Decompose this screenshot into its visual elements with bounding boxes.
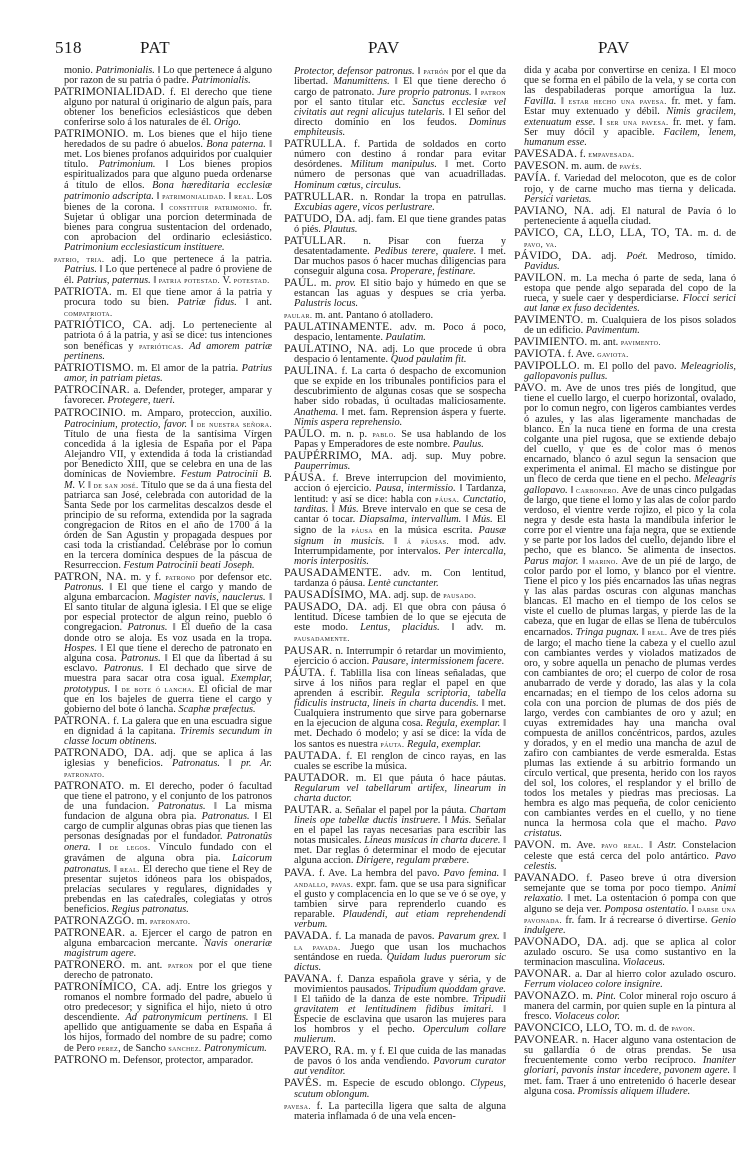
- cross-reference: DE SAN JOSÉ.: [93, 480, 138, 490]
- headword: PAUTAR.: [284, 803, 332, 816]
- dictionary-entry: PAUTADA. f. El renglon de cinco rayas, e…: [284, 751, 506, 772]
- latin-equivalent: Patrimonium ecclesiasticum instituere.: [64, 242, 225, 253]
- dictionary-entry: PATROCINAR. a. Defender, proteger, ampar…: [54, 385, 272, 406]
- headword: PATRONEAR.: [54, 926, 125, 939]
- center-guide-word: PAV: [368, 38, 400, 58]
- cross-reference: PAVON.: [671, 1023, 695, 1033]
- right-guide-word: PAV: [598, 38, 630, 58]
- column-middle: Protector, defensor patronus. ‖ PATRÓN p…: [284, 66, 506, 1123]
- dictionary-entry: PAUTAR. a. Señalar el papel por la páuta…: [284, 805, 506, 866]
- dictionary-entry: PATRIOTA. m. El que tiene amor á la patr…: [54, 287, 272, 319]
- headword: PAUSAR.: [284, 644, 332, 657]
- latin-equivalent: Patrimonialis.: [192, 75, 251, 86]
- dictionary-entry: PATRIMONIALIDAD. f. El derecho que tiene…: [54, 87, 272, 128]
- latin-equivalent: Regula, exemplar.: [407, 739, 481, 750]
- latin-equivalent: Dirigere, regulam præbere.: [356, 855, 469, 866]
- definition-text: en la música escrita.: [373, 525, 479, 536]
- headword: PAVONAR.: [514, 967, 571, 980]
- cross-reference: GAVIOTA.: [597, 349, 628, 359]
- headword: PATRIMONIO.: [54, 127, 128, 140]
- definition-text: m. aum. de: [569, 161, 620, 172]
- cross-reference: PAVIMENTO.: [621, 337, 661, 347]
- left-guide-word: PAT: [140, 38, 170, 58]
- dictionary-entry: PAVON. m. Ave. PAVO REAL. ‖ Astr. Conste…: [514, 840, 736, 871]
- dictionary-entry: PAVONAR. a. Dar al hierro color azulado …: [514, 969, 736, 990]
- dictionary-entry: PAVONADO, DA. adj. que se aplica al colo…: [514, 937, 736, 968]
- headword: PATULLAR.: [284, 234, 346, 247]
- headword: PATRONERO.: [54, 958, 125, 971]
- headword: PAVONCICO, LLO, TO.: [514, 1021, 633, 1034]
- dictionary-entry: PAULATINAMENTE. adv. m. Poco á poco, des…: [284, 322, 506, 343]
- cross-reference: PÁUSA: [351, 525, 373, 535]
- headword: PATRONADO, DA.: [54, 746, 154, 759]
- latin-equivalent: Palustris locus.: [294, 298, 358, 309]
- dictionary-entry: PATRONO m. Defensor, protector, amparado…: [54, 1055, 272, 1066]
- headword: PAVESADA.: [514, 147, 577, 160]
- headword: PAULATINO, NA.: [284, 342, 377, 355]
- cross-reference: PEREZ: [98, 1043, 118, 1053]
- dictionary-entry: PATRON, NA. m. y f. PATRONO por defensor…: [54, 572, 272, 715]
- cross-reference: PAVÉS.: [620, 161, 642, 171]
- cross-reference: PATRONO: [165, 572, 195, 582]
- definition-text: ‖: [151, 275, 159, 286]
- latin-equivalent: Pausare, intermissionem facere.: [372, 656, 505, 667]
- headword: PATRULLAR.: [284, 190, 354, 203]
- headword: PATRONAZGO.: [54, 914, 134, 927]
- latin-equivalent: Diapsalma, intervallum.: [359, 514, 461, 525]
- cross-reference: PAVO, VA.: [524, 239, 557, 249]
- headword: PAULATINAMENTE.: [284, 320, 392, 333]
- cross-reference: PAUSADO.: [443, 590, 476, 600]
- dictionary-entry: PAVERO, RA. m. y f. El que cuida de las …: [284, 1046, 506, 1077]
- latin-equivalent: Festum Patrocinii beati Joseph.: [123, 560, 254, 571]
- definition-text: dida y acaba por convertirse en ceniza. …: [524, 65, 736, 96]
- headword: PAVIMIENTO.: [514, 335, 587, 348]
- cross-reference: PATRONATO.: [64, 769, 105, 779]
- headword: PATRONA.: [54, 714, 110, 727]
- latin-equivalent: Pavo femina.: [444, 868, 500, 879]
- dictionary-entry: PAVÍA. f. Variedad del melocoton, que es…: [514, 173, 736, 204]
- latin-equivalent: Scaphæ præfectus.: [178, 704, 255, 715]
- column-right: dida y acaba por convertirse en ceniza. …: [514, 66, 736, 1098]
- dictionary-entry: PAVILON. m. La mecha ó parte de seda, la…: [514, 273, 736, 314]
- cross-reference: LA PAVADA.: [294, 942, 341, 952]
- dictionary-entry: PAÚL. m. prov. El sitio bajo y húmedo en…: [284, 278, 506, 309]
- headword: PAUTADA.: [284, 749, 341, 762]
- definition-text: m. d. de: [693, 228, 736, 239]
- headword: PAÚL.: [284, 276, 317, 289]
- headword: PAVIMENTO.: [514, 313, 583, 326]
- latin-equivalent: Patrius.: [64, 264, 97, 275]
- dictionary-entry: PAVANA. f. Danza española grave y séria,…: [284, 974, 506, 1045]
- headword: PAUPÉRRIMO, MA.: [284, 449, 393, 462]
- definition-text: m. Amparo, proteccion, auxilio.: [126, 408, 272, 419]
- dictionary-entry: PAVANADO. f. Paseo breve ú otra diversio…: [514, 873, 736, 936]
- cross-reference: PAVO REAL.: [601, 840, 643, 850]
- cross-reference: MARINO.: [589, 556, 618, 566]
- entry-continuation: Protector, defensor patronus. ‖ PATRÓN p…: [284, 66, 506, 138]
- definition-text: , de Sancho: [118, 1043, 168, 1054]
- definition-text: f. La manada de pavos.: [332, 931, 438, 942]
- cross-reference: PÁUTA.: [380, 739, 404, 749]
- headword: PATRONÍMICO, CA.: [54, 980, 161, 993]
- cross-reference: COMPATRIOTA.: [64, 308, 113, 318]
- dictionary-entry: PAUTADOR. m. El que páuta ó hace páutas.…: [284, 773, 506, 804]
- dictionary-entry: PAULINA. f. La carta ó despacho de excom…: [284, 366, 506, 427]
- definition-text: Medroso, tímido.: [648, 251, 736, 262]
- headword: PÁVIDO, DA.: [514, 249, 592, 262]
- latin-equivalent: Mús.: [472, 514, 492, 525]
- dictionary-entry: PATUDO, DA. adj. fam. El que tiene grand…: [284, 214, 506, 235]
- headword: PATRIOTISMO.: [54, 361, 134, 374]
- running-header: 518 PAT PAV PAV: [0, 38, 750, 58]
- headword: PAVONADO, DA.: [514, 935, 607, 948]
- dictionary-entry: PATRIÓTICO, CA. adj. Lo perteneciente al…: [54, 320, 272, 362]
- dictionary-entry: PATRULLA. f. Partida de soldados en cort…: [284, 139, 506, 190]
- definition-text: m.: [134, 916, 150, 927]
- dictionary-entry: PAVO. m. Ave de unos tres piés de longit…: [514, 383, 736, 839]
- cross-reference: CARBONERO.: [576, 485, 619, 495]
- dictionary-entry: PATROCINIO. m. Amparo, proteccion, auxil…: [54, 408, 272, 572]
- latin-equivalent: Regularum vel tabellarum artifex, linear…: [294, 783, 506, 804]
- definition-text: adj. sup. de: [391, 590, 443, 601]
- dictionary-entry: PAVADA. f. La manada de pavos. Pavarum g…: [284, 931, 506, 973]
- headword: PAVONAZO.: [514, 989, 579, 1002]
- dictionary-entry: PAVIANO, NA. adj. El natural de Pavía ó …: [514, 206, 736, 227]
- cross-reference: PAULAR.: [284, 310, 312, 320]
- entry-continuation: monio. Patrimonialis. ‖ Lo que pertenece…: [54, 66, 272, 86]
- headword: PAVÍA.: [514, 171, 550, 184]
- latin-equivalent: Violaceus.: [623, 957, 665, 968]
- headword: PAVERO, RA.: [284, 1044, 354, 1057]
- headword: PATRIMONIALIDAD.: [54, 85, 165, 98]
- cross-reference: DE BOTE Ó LANCHA.: [121, 684, 194, 694]
- headword: PATRIÓTICO, CA.: [54, 318, 152, 331]
- definition-text: m. Defensor, protector, amparador.: [107, 1055, 253, 1066]
- definition-text: V.: [220, 275, 234, 286]
- latin-equivalent: Quod paulatim fit.: [391, 354, 467, 365]
- dictionary-entry: PATRIMONIO. m. Los bienes que el hijo ti…: [54, 129, 272, 253]
- cross-reference: SER UNA PAVESA.: [607, 117, 669, 127]
- headword: PAUSADO, DA.: [284, 600, 367, 613]
- dictionary-entry: PATRONEAR. a. Ejercer el cargo de patron…: [54, 928, 272, 959]
- cross-reference: POTESTAD.: [234, 275, 270, 285]
- headword: PAVONEAR.: [514, 1033, 578, 1046]
- latin-equivalent: Pavarum grex.: [438, 931, 500, 942]
- headword: PAUSADÍSIMO, MA.: [284, 588, 391, 601]
- dictionary-entry: PATULLAR. n. Pisar con fuerza y desatent…: [284, 236, 506, 277]
- latin-equivalent: Patronatus.: [172, 758, 220, 769]
- cross-reference: PATRIMONIALIDAD.: [162, 191, 226, 201]
- headword: PAVIPOLLO.: [514, 359, 580, 372]
- definition-text: m. ant.: [587, 337, 620, 348]
- headword: PAUTADOR.: [284, 771, 349, 784]
- definition-text: f. Variedad del melocoton, que es de col…: [524, 173, 736, 194]
- latin-equivalent: Paulatim.: [386, 332, 426, 343]
- dictionary-entry: PAULATINO, NA. adj. Lo que procede ú obr…: [284, 344, 506, 365]
- headword: PAULINA.: [284, 364, 338, 377]
- headword: PAVANADO.: [514, 871, 579, 884]
- cross-reference: PATRÓN: [423, 66, 448, 76]
- cross-reference: REAL.: [648, 627, 668, 637]
- headword: PAVILON.: [514, 271, 566, 284]
- dictionary-entry: PÁUTA. f. Tablilla lisa con líneas señal…: [284, 668, 506, 750]
- headword: PATROCINIO.: [54, 406, 126, 419]
- headword: PATUDO, DA.: [284, 212, 355, 225]
- cross-reference: PÁUSA.: [435, 494, 459, 504]
- definition-text: ‖: [500, 931, 506, 942]
- headword: PAVICO, CA, LLO, LLA, TO, TA.: [514, 226, 693, 239]
- headword: PATRON, NA.: [54, 570, 126, 583]
- headword: PAVADA.: [284, 929, 332, 942]
- definition-text: m. d. de: [633, 1023, 671, 1034]
- dictionary-entry: PATRONERO. m. ant. PATRON por el que tie…: [54, 960, 272, 981]
- headword: PATRONO: [54, 1053, 107, 1066]
- dictionary-entry: PATRIO, TRIA. adj. Lo que pertenece á la…: [54, 254, 272, 286]
- definition-text: ‖ ant.: [237, 297, 272, 308]
- definition-text: Título que se da á una fiesta del patria…: [64, 480, 272, 571]
- headword: PAVA.: [284, 866, 315, 879]
- cross-reference: SANCHEZ.: [168, 1043, 201, 1053]
- headword: PAVIANO, NA.: [514, 204, 594, 217]
- dictionary-entry: PATRIOTISMO. m. El amor de la patria. Pa…: [54, 363, 272, 384]
- cross-reference: PATRIO, TRIA.: [54, 254, 104, 264]
- headword: PAVANA.: [284, 972, 332, 985]
- definition-text: ‖ adv. m.: [440, 622, 506, 633]
- headword: PÁUTA.: [284, 666, 325, 679]
- headword: PAVÉS.: [284, 1076, 322, 1089]
- column-left: monio. Patrimonialis. ‖ Lo que pertenece…: [54, 66, 272, 1067]
- latin-equivalent: Properare, festinare.: [390, 266, 476, 277]
- dictionary-entry: PAÚLO. m. n. p. PABLO. Se usa hablando d…: [284, 429, 506, 450]
- cross-reference: EMPAVESADA.: [588, 149, 634, 159]
- dictionary-entry: PAVA. f. Ave. La hembra del pavo. Pavo f…: [284, 868, 506, 930]
- dictionary-entry: PAVONEAR. n. Hacer alguno vana ostentaci…: [514, 1035, 736, 1096]
- dictionary-entry: PAVICO, CA, LLO, LLA, TO, TA. m. d. de P…: [514, 228, 736, 250]
- latin-equivalent: Pavimentum.: [586, 325, 640, 336]
- definition-text: ‖: [499, 868, 506, 879]
- dictionary-entry: PAVIMENTO. m. Cualquiera de los pisos so…: [514, 315, 736, 336]
- latin-equivalent: Pausa, intermissio.: [375, 483, 455, 494]
- cross-reference: PATRIÓTICAS.: [139, 341, 184, 351]
- dictionary-entry: PAUPÉRRIMO, MA. adj. sup. Muy pobre. Pau…: [284, 451, 506, 472]
- dictionary-entry: PAVESA. f. La partecilla ligera que salt…: [284, 1101, 506, 1122]
- headword: PATRONATO.: [54, 779, 124, 792]
- latin-equivalent: Poét.: [626, 251, 647, 262]
- dictionary-entry: PAVONAZO. m. Pint. Color mineral rojo os…: [514, 991, 736, 1022]
- cross-reference: PAUSADAMENTE.: [294, 633, 350, 643]
- latin-equivalent: Origo.: [214, 117, 241, 128]
- definition-text: Ave de tres piés de largo; el macho tien…: [524, 627, 736, 829]
- latin-equivalent: Pomposa ostentatio.: [604, 904, 688, 915]
- dictionary-entry: PATRULLAR. n. Rondar la tropa en patrull…: [284, 192, 506, 213]
- definition-text: fr. fam. Ir á recrearse ó divertirse.: [562, 915, 711, 926]
- latin-equivalent: Patriæ fidus.: [178, 297, 237, 308]
- cross-reference: Á PÁUSAS.: [407, 536, 449, 546]
- cross-reference: PABLO.: [372, 429, 396, 439]
- cross-reference: PATRON: [481, 87, 506, 97]
- headword: PAUSADAMENTE.: [284, 566, 382, 579]
- cross-reference: CONSTITUIR PATRIMONIO.: [169, 202, 257, 212]
- dictionary-entry: PATRONA. f. La galera que en una escuadr…: [54, 716, 272, 747]
- definition-text: f. La partecilla ligera que salta de alg…: [294, 1101, 506, 1122]
- definition-text: adj.: [592, 251, 627, 262]
- cross-reference: REAL.: [234, 191, 254, 201]
- entry-continuation: dida y acaba por convertirse en ceniza. …: [514, 66, 736, 148]
- latin-equivalent: Paulus.: [453, 439, 484, 450]
- latin-equivalent: Manumittens.: [333, 76, 389, 87]
- definition-text: m. Ave de unos tres piés de longitud, qu…: [524, 383, 736, 484]
- definition-text: ‖: [154, 191, 162, 202]
- dictionary-entry: PATRONADO, DA. adj. que se aplica á las …: [54, 748, 272, 780]
- dictionary-entry: PAUSADAMENTE. adv. m. Con lentitud, tard…: [284, 568, 506, 589]
- headword: PATRULLA.: [284, 137, 346, 150]
- latin-equivalent: Lentus, placidus.: [360, 622, 440, 633]
- dictionary-entry: PAUSADO, DA. adj. El que obra con páusa …: [284, 602, 506, 644]
- definition-text: adj. sup. Muy pobre.: [393, 451, 506, 462]
- latin-equivalent: pr. Ar.: [241, 758, 272, 769]
- page-number: 518: [55, 38, 82, 58]
- headword: PAVON.: [514, 838, 555, 851]
- headword: PAVIOTA.: [514, 347, 565, 360]
- definition-text: f. Ave. La hembra del pavo.: [315, 868, 444, 879]
- dictionary-entry: PAUSAR. n. Interrumpir ó retardar un mov…: [284, 646, 506, 667]
- latin-equivalent: Promissis aliquem illudere.: [577, 1086, 690, 1097]
- headword: PAÚLO.: [284, 427, 325, 440]
- definition-text: f.: [577, 149, 588, 160]
- cross-reference: PATRON: [168, 960, 193, 970]
- cross-reference: PATRIA POTESTAD.: [159, 275, 220, 285]
- definition-text: Ave de un pié de largo, de color pardo p…: [524, 556, 736, 638]
- cross-reference: ANDALLO, PAVAS.: [294, 879, 353, 889]
- cross-reference: PAVESA.: [284, 1101, 311, 1111]
- cross-reference: DE LEGOS.: [110, 842, 151, 852]
- definition-text: ‖: [226, 191, 234, 202]
- definition-text: ‖: [220, 758, 241, 769]
- latin-equivalent: Patronymicum.: [204, 1043, 267, 1054]
- headword: PATROCINAR.: [54, 383, 130, 396]
- cross-reference: PATRONATO.: [150, 916, 191, 926]
- headword: PÁUSA.: [284, 471, 326, 484]
- definition-text: Ave de unas cinco pulgadas de largo, que…: [524, 485, 736, 556]
- definition-text: ‖: [461, 514, 472, 525]
- cross-reference: DE NUESTRA SEÑORA.: [197, 419, 272, 429]
- dictionary-entry: PÁVIDO, DA. adj. Poét. Medroso, tímido. …: [514, 251, 736, 272]
- dictionary-entry: PÁUSA. f. Breve interrupcion del movimie…: [284, 473, 506, 567]
- headword: PAVO.: [514, 381, 546, 394]
- dictionary-entry: PATRONÍMICO, CA. adj. Entre los griegos …: [54, 982, 272, 1054]
- dictionary-entry: PATRONATO. m. El derecho, poder ó facult…: [54, 781, 272, 915]
- dictionary-entry: PAVÉS. m. Especie de escudo oblongo. Cly…: [284, 1078, 506, 1099]
- cross-reference: ESTAR HECHO UNA PAVESA.: [569, 96, 667, 106]
- headword: PATRIOTA.: [54, 285, 112, 298]
- dictionary-entry: PAVIPOLLO. m. El pollo del pavo. Meleagr…: [514, 361, 736, 382]
- cross-reference: REAL.: [120, 864, 140, 874]
